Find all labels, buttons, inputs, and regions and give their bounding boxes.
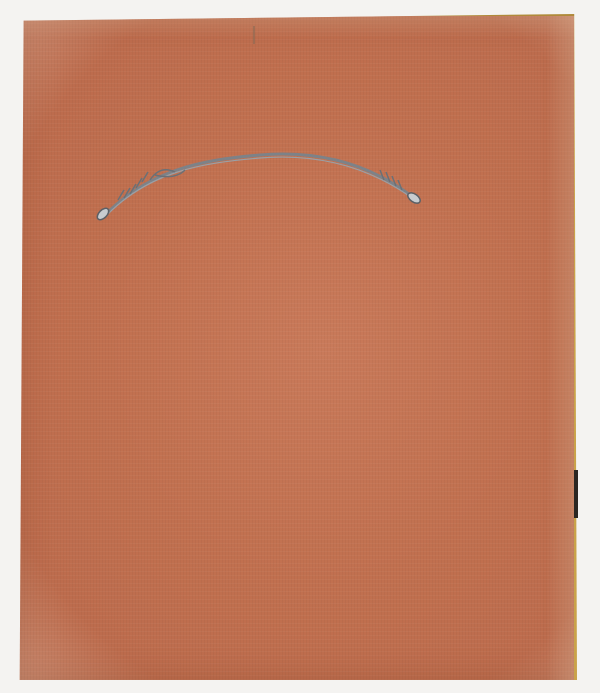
- hanging-wire-icon: [0, 0, 600, 693]
- side-clasp: [574, 470, 578, 518]
